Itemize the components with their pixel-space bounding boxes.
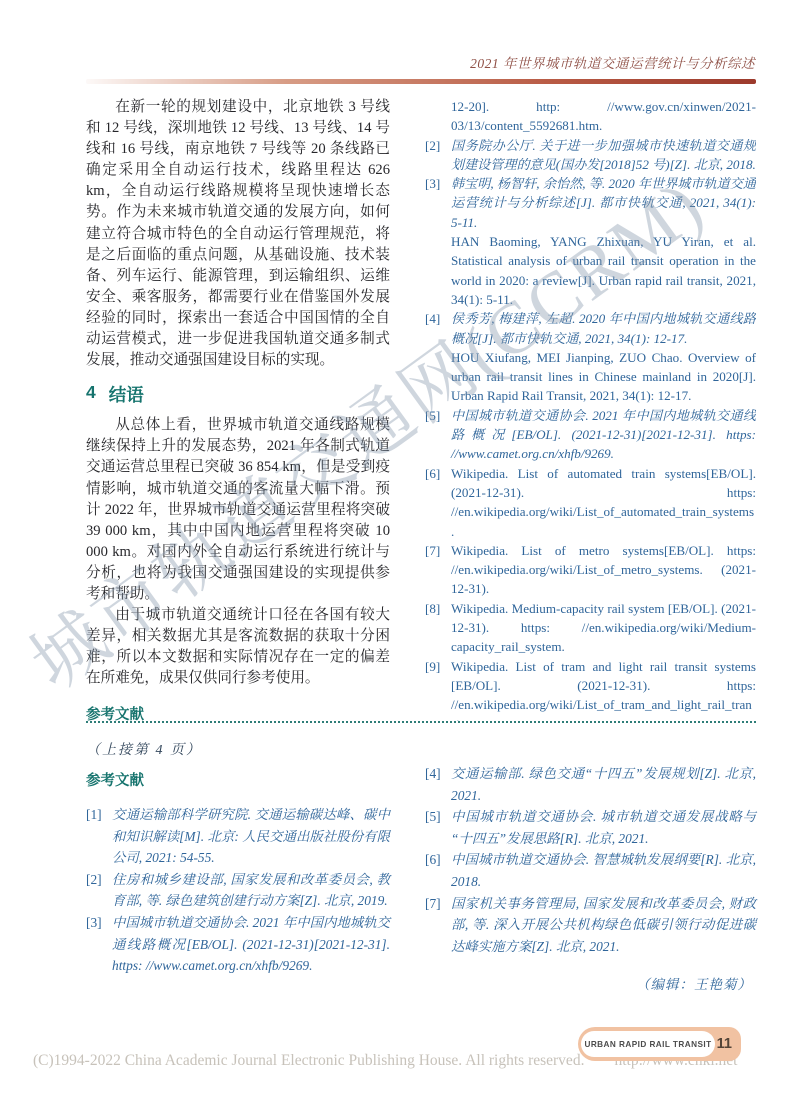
paragraph-automation: 在新一轮的规划建设中，北京地铁 3 号线和 12 号线，深圳地铁 12 号线、1… <box>86 97 390 371</box>
page-number: 11 <box>717 1036 732 1052</box>
reference-item-9: [9] Wikipedia. List of tram and light ra… <box>425 657 756 721</box>
continued-editor-note: （编辑：王艳菊） <box>425 973 756 993</box>
reference-item-8: [8] Wikipedia. Medium-capacity rail syst… <box>425 599 756 657</box>
reference-marker: [7] <box>425 893 441 915</box>
reference-marker: [6] <box>425 464 440 483</box>
running-title: 2021 年世界城市轨道交通运营统计与分析综述 <box>470 52 755 72</box>
reference-item-1-continued: 12-20]. http: //www.gov.cn/xinwen/2021-0… <box>425 97 756 136</box>
references-heading: 参考文献 <box>86 703 390 721</box>
continued-reference-item-1: [1] 交通运输部科学研究院. 交通运输碳达峰、碳中和知识解读[M]. 北京: … <box>86 804 390 869</box>
journal-page: 2021 年世界城市轨道交通运营统计与分析综述 城市轨道交通网(CCRM) 在新… <box>0 0 800 1095</box>
reference-marker: [2] <box>425 136 440 155</box>
reference-item-5: [5] 中国城市轨道交通协会. 2021 年中国内地城轨交通线路概况[EB/OL… <box>425 406 756 464</box>
continued-section: （上接第 4 页） 参考文献 [1] 交通运输部科学研究院. 交通运输碳达峰、碳… <box>86 736 756 993</box>
reference-text: Wikipedia. Medium-capacity rail system [… <box>451 601 756 655</box>
header-rule-divider <box>86 79 756 84</box>
continued-left-column: （上接第 4 页） 参考文献 [1] 交通运输部科学研究院. 交通运输碳达峰、碳… <box>86 736 390 993</box>
paragraph-summary-2: 由于城市轨道交通统计口径在各国有较大差异，相关数据尤其是客流数据的获取十分困难，… <box>86 605 390 689</box>
reference-marker: [4] <box>425 309 440 328</box>
reference-text: 国务院办公厅. 关于进一步加强城市快速轨道交通规划建设管理的意见(国办发[201… <box>451 138 756 172</box>
left-column: 在新一轮的规划建设中，北京地铁 3 号线和 12 号线，深圳地铁 12 号线、1… <box>86 97 390 721</box>
reference-text: 中国城市轨道交通协会. 城市轨道交通发展战略与“十四五”发展思路[R]. 北京,… <box>451 809 756 846</box>
reference-marker: [9] <box>425 657 440 676</box>
reference-item-2: [2] 国务院办公厅. 关于进一步加强城市快速轨道交通规划建设管理的意见(国办发… <box>425 136 756 175</box>
reference-text: Wikipedia. List of metro systems[EB/OL].… <box>451 543 756 597</box>
reference-item-3: [3] 韩宝明, 杨智轩, 余怡然, 等. 2020 年世界城市轨道交通运营统计… <box>425 174 756 232</box>
reference-item-4-english: HOU Xiufang, MEI Jianping, ZUO Chao. Ove… <box>425 348 756 406</box>
right-column: 12-20]. http: //www.gov.cn/xinwen/2021-0… <box>425 97 756 721</box>
reference-item-7: [7] Wikipedia. List of metro systems[EB/… <box>425 541 756 599</box>
continued-reference-item-2: [2] 住房和城乡建设部, 国家发展和改革委员会, 教育部, 等. 绿色建筑创建… <box>86 869 390 912</box>
journal-badge: URBAN RAPID RAIL TRANSIT 11 <box>578 1027 741 1061</box>
copyright-text: (C)1994-2022 China Academic Journal Elec… <box>33 1052 584 1070</box>
continued-reference-item-6: [6] 中国城市轨道交通协会. 智慧城轨发展纲要[R]. 北京, 2018. <box>425 849 756 892</box>
reference-text: 住房和城乡建设部, 国家发展和改革委员会, 教育部, 等. 绿色建筑创建行动方案… <box>112 872 390 909</box>
reference-marker: [3] <box>425 174 440 193</box>
reference-marker: [5] <box>425 806 441 828</box>
continued-reference-item-4: [4] 交通运输部. 绿色交通“十四五”发展规划[Z]. 北京, 2021. <box>425 763 756 806</box>
reference-marker: [4] <box>425 763 441 785</box>
reference-text: 韩宝明, 杨智轩, 余怡然, 等. 2020 年世界城市轨道交通运营统计与分析综… <box>451 176 756 230</box>
continued-right-column: [4] 交通运输部. 绿色交通“十四五”发展规划[Z]. 北京, 2021. [… <box>425 736 756 993</box>
reference-text: HOU Xiufang, MEI Jianping, ZUO Chao. Ove… <box>451 350 756 404</box>
reference-text: 中国城市轨道交通协会. 2021 年中国内地城轨交通线路概况[EB/OL]. (… <box>112 915 390 973</box>
reference-text: 侯秀芳, 梅建萍, 左超. 2020 年中国内地城轨交通线路概况[J]. 都市快… <box>451 311 756 345</box>
section-title: 结语 <box>109 382 144 407</box>
reference-item-3-english: HAN Baoming, YANG Zhixuan, YU Yiran, et … <box>425 232 756 309</box>
continued-reference-item-3: [3] 中国城市轨道交通协会. 2021 年中国内地城轨交通线路概况[EB/OL… <box>86 912 390 977</box>
section-number: 4 <box>86 382 96 407</box>
reference-marker: [8] <box>425 599 440 618</box>
main-content: 在新一轮的规划建设中，北京地铁 3 号线和 12 号线，深圳地铁 12 号线、1… <box>86 97 756 721</box>
dotted-divider <box>86 721 756 723</box>
reference-text: 中国城市轨道交通协会. 智慧城轨发展纲要[R]. 北京, 2018. <box>451 852 756 889</box>
reference-text: 交通运输部科学研究院. 交通运输碳达峰、碳中和知识解读[M]. 北京: 人民交通… <box>112 807 390 865</box>
paragraph-summary-1: 从总体上看，世界城市轨道交通线路规模继续保持上升的发展态势，2021 年各制式轨… <box>86 415 390 605</box>
reference-text: 中国城市轨道交通协会. 2021 年中国内地城轨交通线路概况[EB/OL]. (… <box>451 408 756 462</box>
section-heading-conclusion: 4 结语 <box>86 382 390 407</box>
reference-text: 12-20]. http: //www.gov.cn/xinwen/2021-0… <box>451 99 756 133</box>
reference-text: Wikipedia. List of automated train syste… <box>451 466 756 539</box>
continued-from-note: （上接第 4 页） <box>86 739 390 759</box>
journal-badge-inner: URBAN RAPID RAIL TRANSIT <box>581 1031 715 1057</box>
reference-item-6: [6] Wikipedia. List of automated train s… <box>425 464 756 541</box>
reference-marker: [3] <box>86 912 102 934</box>
continued-reference-item-7: [7] 国家机关事务管理局, 国家发展和改革委员会, 财政部, 等. 深入开展公… <box>425 893 756 958</box>
reference-marker: [1] <box>86 804 102 826</box>
reference-text: 交通运输部. 绿色交通“十四五”发展规划[Z]. 北京, 2021. <box>451 766 756 803</box>
reference-item-4: [4] 侯秀芳, 梅建萍, 左超. 2020 年中国内地城轨交通线路概况[J].… <box>425 309 756 348</box>
reference-marker: [5] <box>425 406 440 425</box>
reference-text: 国家机关事务管理局, 国家发展和改革委员会, 财政部, 等. 深入开展公共机构绿… <box>451 896 756 954</box>
reference-text: HAN Baoming, YANG Zhixuan, YU Yiran, et … <box>451 234 756 307</box>
reference-marker: [2] <box>86 869 102 891</box>
continued-references-heading: 参考文献 <box>86 769 390 790</box>
reference-text: Wikipedia. List of tram and light rail t… <box>451 659 756 721</box>
reference-marker: [6] <box>425 849 441 871</box>
reference-marker: [7] <box>425 541 440 560</box>
journal-badge-label: URBAN RAPID RAIL TRANSIT <box>584 1040 711 1049</box>
continued-reference-item-5: [5] 中国城市轨道交通协会. 城市轨道交通发展战略与“十四五”发展思路[R].… <box>425 806 756 849</box>
